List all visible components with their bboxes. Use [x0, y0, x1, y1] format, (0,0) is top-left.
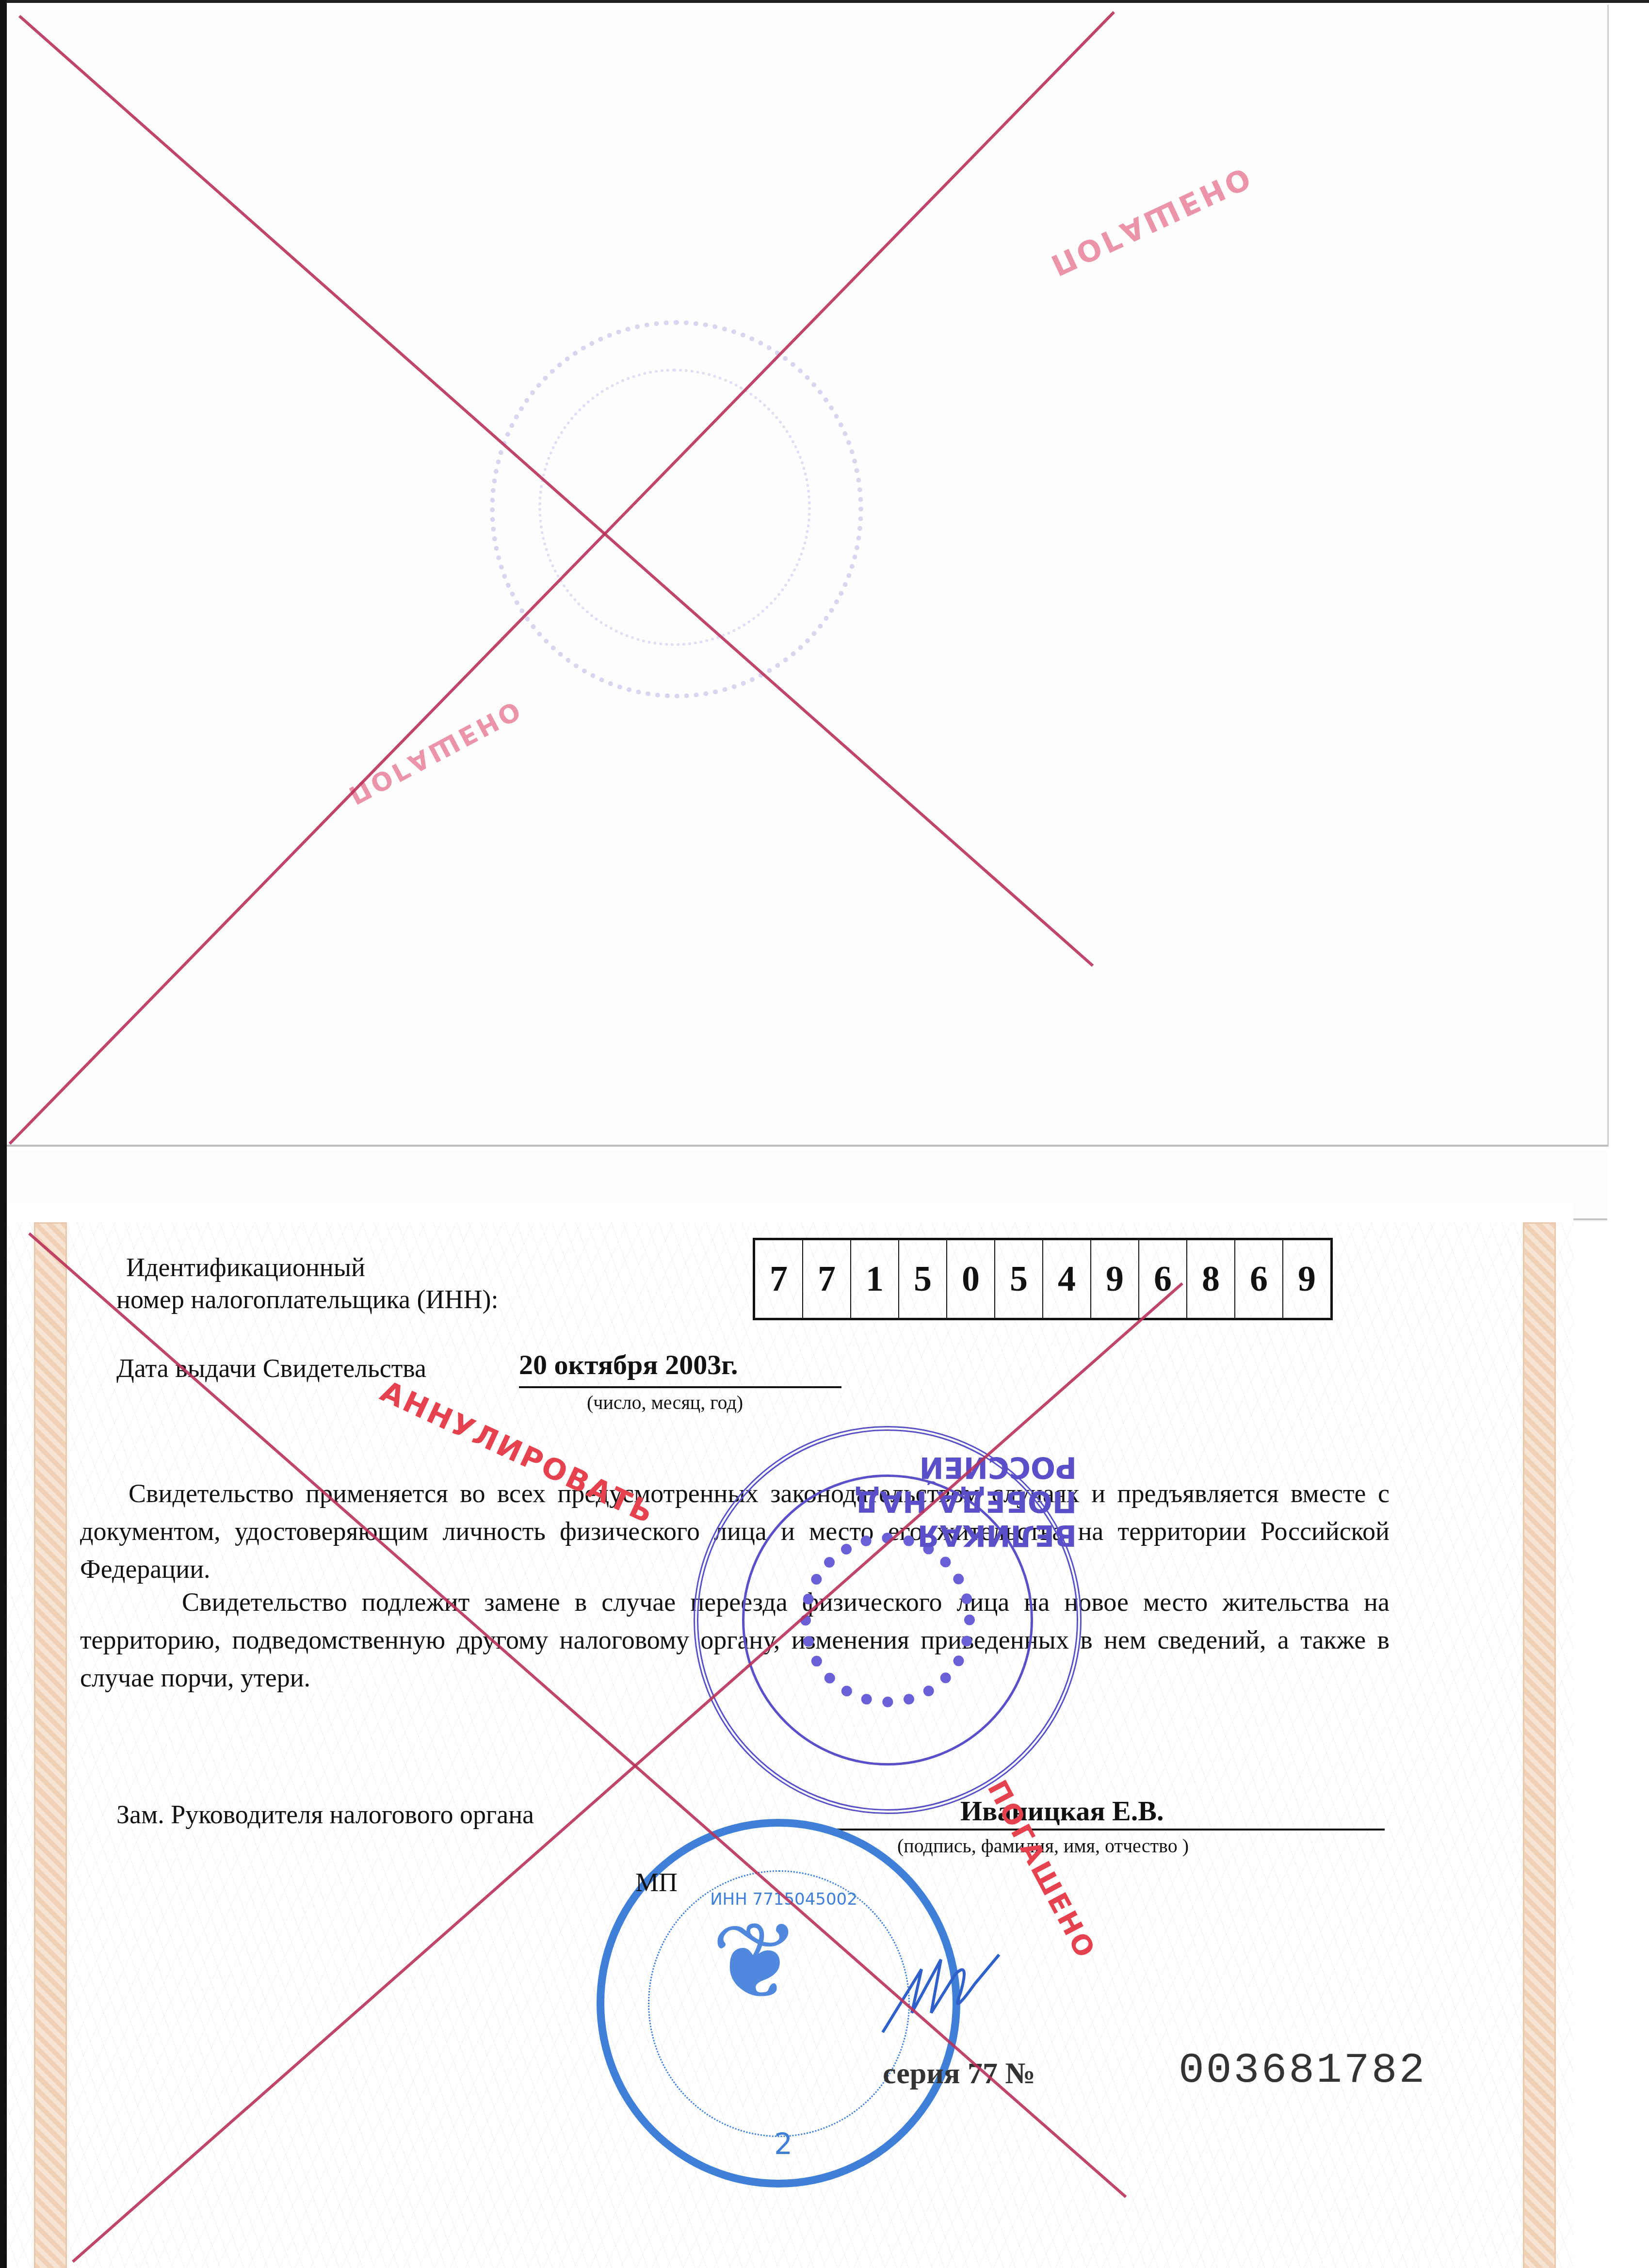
tax-seal-text: ИНН 7715045002: [663, 1890, 905, 1909]
series-number: 003681782: [1179, 2047, 1426, 2095]
inn-digit: 4: [1043, 1240, 1091, 1318]
inn-label: Идентификационный номер налогоплательщик…: [116, 1251, 498, 1315]
inn-digit: 9: [1091, 1240, 1139, 1318]
purple-seal-core: [800, 1533, 975, 1707]
inn-digit: 6: [1235, 1240, 1283, 1318]
inn-digit: 0: [947, 1240, 995, 1318]
ornament-border-left: [34, 1222, 67, 2268]
inn-label-line2: номер налогоплательщика (ИНН):: [116, 1283, 498, 1315]
handwritten-signature: [878, 1940, 1004, 2037]
inn-digit: 8: [1187, 1240, 1235, 1318]
issue-date-underline: [519, 1386, 841, 1388]
issue-date-label: Дата выдачи Свидетельства: [116, 1353, 426, 1383]
purple-round-seal: ВЕЛИКАЯ ПОБЕДА НАД РОССИЕЙ: [694, 1426, 1082, 1814]
inn-digit: 1: [851, 1240, 899, 1318]
inn-digit: 7: [803, 1240, 851, 1318]
seal-place-mark: МП: [635, 1867, 678, 1897]
signer-title: Зам. Руководителя налогового органа: [116, 1799, 534, 1830]
signer-underline: [824, 1829, 1385, 1831]
inn-digit: 6: [1139, 1240, 1187, 1318]
tax-seal-center-number: 2: [774, 2127, 792, 2161]
inn-label-line1: Идентификационный: [116, 1251, 498, 1283]
issue-date-value: 20 октября 2003г.: [519, 1348, 738, 1381]
inn-digit: 5: [995, 1240, 1043, 1318]
ornament-border-right: [1523, 1222, 1556, 2268]
double-headed-eagle-icon: ❦: [711, 1909, 800, 2016]
inn-digit: 7: [755, 1240, 803, 1318]
issue-date-hint: (число, месяц, год): [587, 1391, 743, 1414]
scan-edge-left: [0, 0, 7, 2268]
inn-digit-box: 7 7 1 5 0 5 4 9 6 8 6 9: [753, 1238, 1333, 1320]
inn-digit: 9: [1283, 1240, 1330, 1318]
scan-edge-top: [0, 0, 1649, 3]
inn-digit: 5: [899, 1240, 947, 1318]
series-label: серия 77 №: [883, 2057, 1035, 2091]
faded-round-seal-inner: [538, 369, 811, 646]
